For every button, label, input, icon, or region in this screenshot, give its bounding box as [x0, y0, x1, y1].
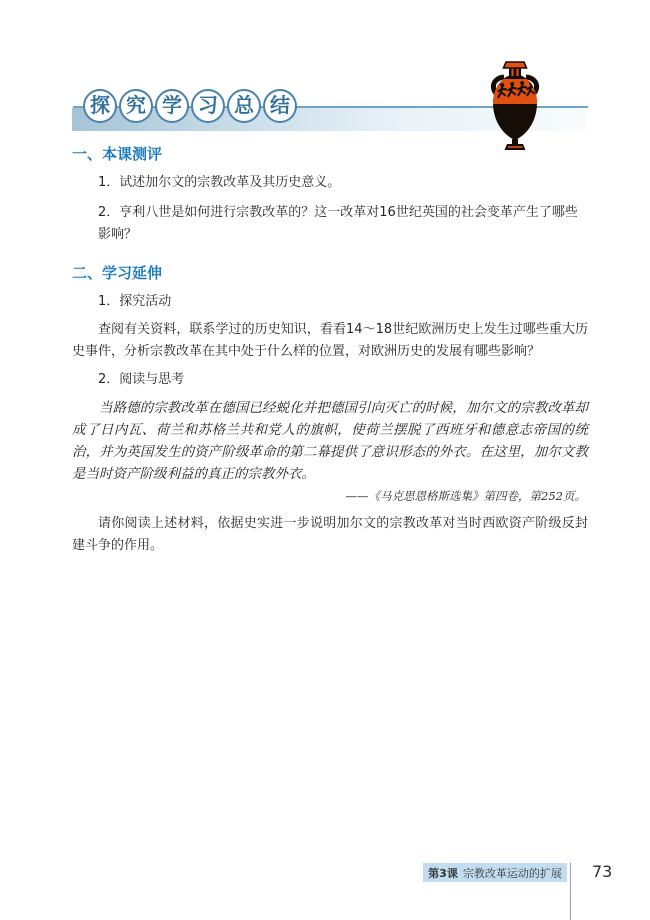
section2-heading: 二、学习延伸: [72, 263, 588, 283]
textbook-page: 探 究 学 习 总 结: [0, 0, 650, 920]
greek-amphora-icon: [486, 61, 544, 157]
reading-subtitle: 2．阅读与思考: [72, 369, 588, 391]
section-title-badges: 探 究 学 习 总 结: [83, 89, 297, 123]
engels-quote: 当路德的宗教改革在德国已经蜕化并把德国引向灭亡的时候，加尔文的宗教改革却成了日内…: [72, 397, 588, 485]
page-content: 一、本课测评 1．试述加尔文的宗教改革及其历史意义。 2．亨利八世是如何进行宗教…: [72, 144, 588, 563]
lesson-number: 第3课: [428, 865, 458, 881]
closing-instruction: 请你阅读上述材料，依据史实进一步说明加尔文的宗教改革对当时西欧资产阶级反封建斗争…: [72, 513, 588, 557]
footer-divider-line: [570, 863, 571, 920]
section1-heading: 一、本课测评: [72, 144, 588, 164]
badge-char: 学: [155, 89, 189, 123]
badge-char: 探: [83, 89, 117, 123]
activity-subtitle: 1．探究活动: [72, 291, 588, 313]
page-number: 73: [592, 861, 612, 883]
assessment-question-1: 1．试述加尔文的宗教改革及其历史意义。: [72, 172, 588, 194]
badge-char: 究: [119, 89, 153, 123]
assessment-question-2: 2．亨利八世是如何进行宗教改革的？这一改革对16世纪英国的社会变革产生了哪些影响…: [72, 202, 588, 246]
badge-char: 习: [191, 89, 225, 123]
badge-char: 总: [227, 89, 261, 123]
quote-source: ——《马克思恩格斯选集》第四卷，第252页。: [72, 487, 586, 505]
badge-char: 结: [263, 89, 297, 123]
lesson-title: 宗教改革运动的扩展: [463, 865, 562, 881]
activity-text: 查阅有关资料，联系学过的历史知识，看看14～18世纪欧洲历史上发生过哪些重大历史…: [72, 319, 588, 363]
footer-lesson-bar: 第3课 宗教改革运动的扩展: [423, 863, 567, 882]
